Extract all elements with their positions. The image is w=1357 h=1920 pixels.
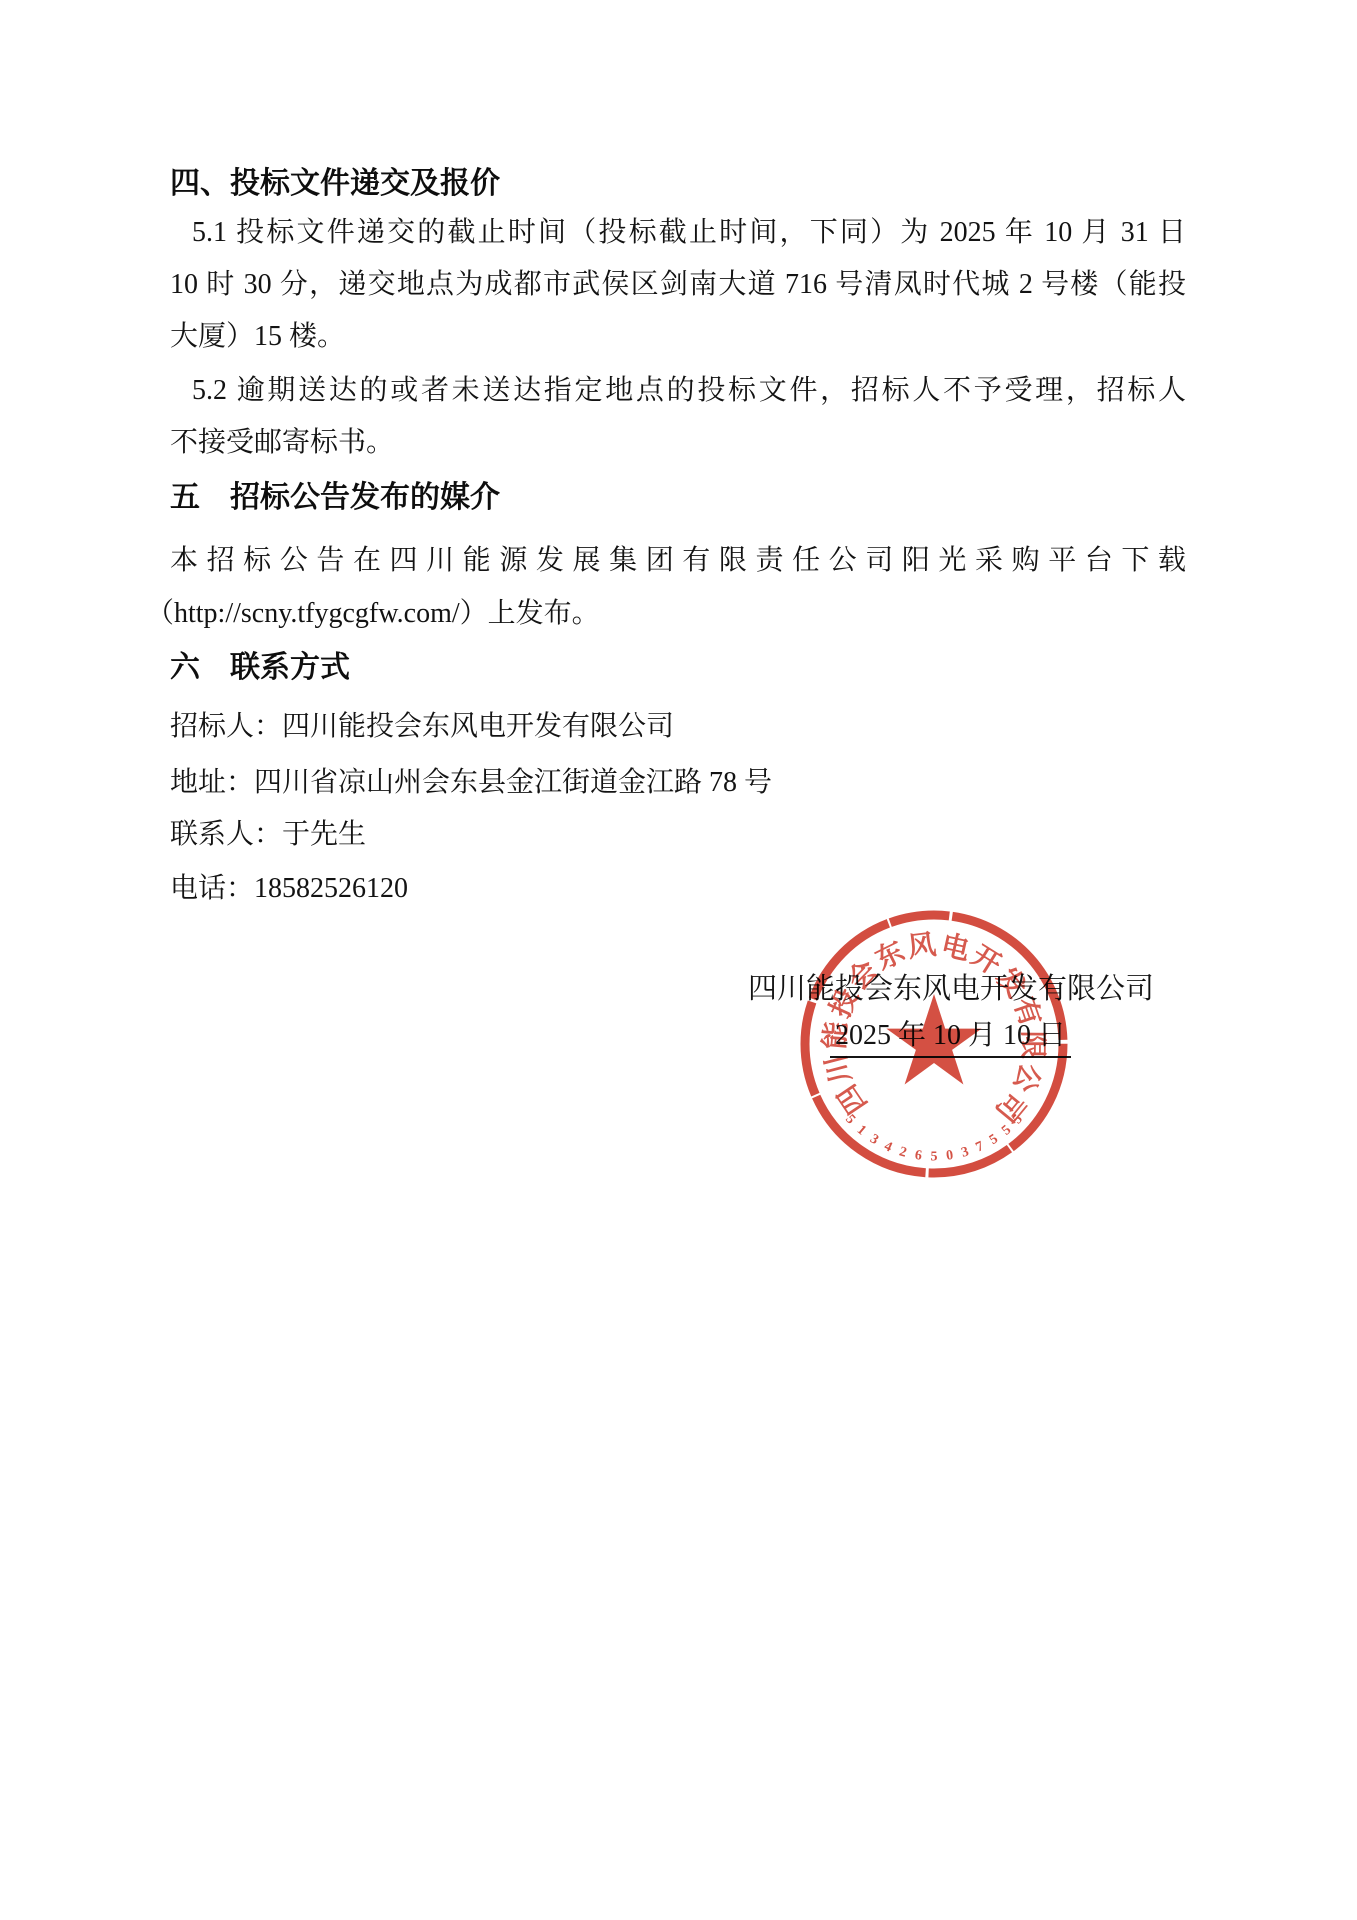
svg-text:风: 风: [906, 929, 938, 964]
tenderer-line: 招标人：四川能投会东风电开发有限公司: [170, 710, 1186, 744]
svg-text:7: 7: [974, 1139, 986, 1156]
company-seal: 四川能投会东风电开发有限公司5134265037555: [796, 906, 1072, 1182]
svg-text:4: 4: [882, 1139, 894, 1156]
seal-star-icon: [886, 994, 981, 1085]
section-6-heading: 六 联系方式: [170, 650, 1186, 686]
svg-text:5: 5: [931, 1150, 938, 1165]
svg-text:川: 川: [821, 1051, 858, 1086]
para-5-2-line-2: 不接受邮寄标书。: [170, 426, 1186, 460]
address-line: 地址：四川省凉山州会东县金江街道金江路 78 号: [170, 766, 1186, 800]
svg-text:0: 0: [945, 1148, 954, 1164]
svg-text:电: 电: [938, 929, 972, 966]
svg-text:2: 2: [897, 1144, 908, 1160]
svg-text:限: 限: [1016, 1031, 1048, 1059]
section-4-heading: 四、投标文件递交及报价: [170, 166, 1186, 202]
para-5-1-line-2: 10 时 30 分，递交地点为成都市武侯区剑南大道 716 号清凤时代城 2 号…: [170, 268, 1186, 302]
svg-text:6: 6: [914, 1148, 923, 1164]
svg-text:能: 能: [818, 1020, 853, 1051]
svg-text:3: 3: [960, 1144, 971, 1160]
section-5-heading: 五 招标公告发布的媒介: [170, 480, 1186, 516]
svg-text:1: 1: [854, 1123, 869, 1139]
svg-text:3: 3: [867, 1132, 881, 1148]
section-5-para-line-2: （http://scny.tfygcgfw.com/）上发布。: [146, 597, 1162, 631]
document-page: 四、投标文件递交及报价 5.1 投标文件递交的截止时间（投标截止时间，下同）为 …: [0, 0, 1357, 1920]
para-5-1-line-3: 大厦）15 楼。: [170, 320, 1186, 354]
contact-person-line: 联系人：于先生: [170, 818, 1186, 852]
para-5-2-line-1: 5.2 逾期送达的或者未送达指定地点的投标文件，招标人不予受理，招标人: [170, 374, 1186, 408]
svg-text:有: 有: [1007, 993, 1046, 1030]
phone-line: 电话：18582526120: [170, 872, 1186, 906]
section-5-para-line-1: 本招标公告在四川能源发展集团有限责任公司阳光采购平台下载: [170, 544, 1186, 578]
para-5-1-line-1: 5.1 投标文件递交的截止时间（投标截止时间，下同）为 2025 年 10 月 …: [170, 216, 1186, 250]
svg-text:5: 5: [987, 1132, 1001, 1148]
